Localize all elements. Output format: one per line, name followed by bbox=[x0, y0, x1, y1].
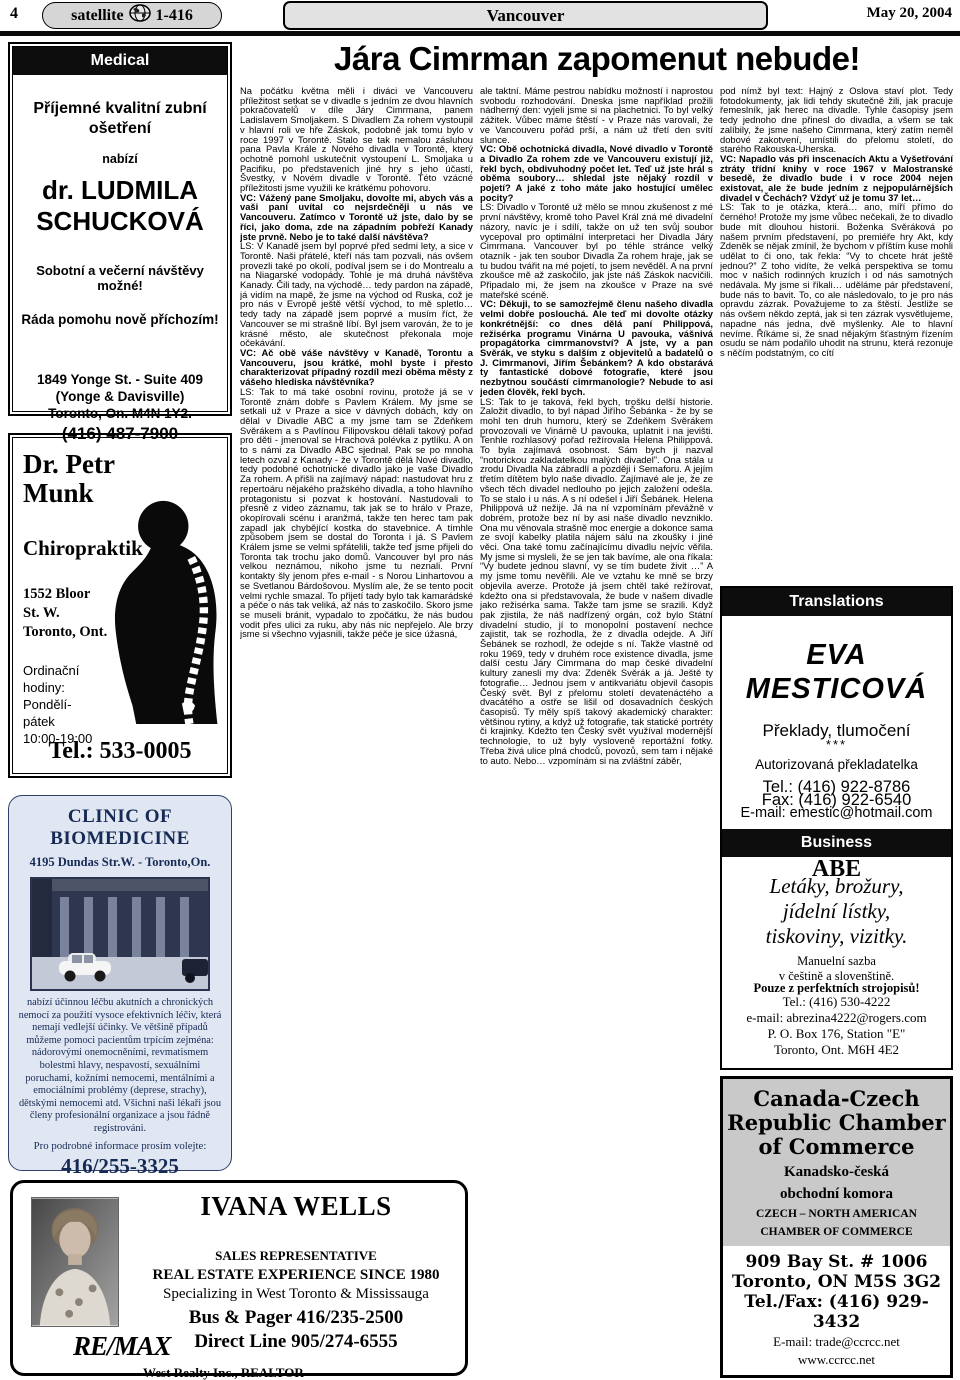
article-paragraph: Na počátku května měli i diváci ve Vanco… bbox=[240, 86, 473, 193]
article-question: VC: Obě ochotnická divadla, Nové divadlo… bbox=[480, 144, 713, 202]
page-header: 4 satellite 1-416 Vancouver May 20, 2004 bbox=[0, 0, 960, 30]
business-section-label: Business bbox=[722, 829, 951, 857]
abe-tagline-3: tiskoviny, vizitky. bbox=[726, 924, 947, 949]
ad-ivana-wells: RE/MAX IVANA WELLS SALES REPRESENTATIVE … bbox=[10, 1180, 468, 1376]
dental-offers: nabízí bbox=[21, 152, 219, 166]
ad-chamber-of-commerce: Canada-Czech Republic Chamber of Commerc… bbox=[720, 1076, 953, 1378]
clinic-phone: 416/255-3325 bbox=[17, 1154, 223, 1179]
dental-headline: Příjemné kvalitní zubní ošetření bbox=[21, 99, 219, 139]
medical-section-label: Medical bbox=[13, 47, 227, 75]
clinic-building-photo bbox=[30, 877, 210, 991]
dental-address-2: (Yonge & Davisville) bbox=[21, 388, 219, 405]
eva-authorized: Autorizovaná překladatelka bbox=[726, 760, 947, 770]
article-column-b: ale taktní. Máme pestrou nabídku možnost… bbox=[480, 86, 713, 1378]
abe-name: ABE bbox=[726, 865, 947, 875]
chamber-email: E-mail: trade@ccrcc.net bbox=[725, 1334, 948, 1350]
abe-city: Toronto, Ont. M6H 4E2 bbox=[726, 1042, 947, 1058]
chamber-english-1: CZECH – NORTH AMERICAN bbox=[725, 1207, 948, 1221]
chamber-address-2: Toronto, ON M5S 3G2 bbox=[725, 1272, 948, 1292]
article-column-c: pod nímž byl text: Hajný z Oslova staví … bbox=[720, 86, 953, 1378]
spine-silhouette-image bbox=[111, 496, 223, 733]
article-column-a: Na počátku května měli i diváci ve Vanco… bbox=[240, 86, 473, 1166]
article-question: VC: Vážený pane Smoljaku, dovolte mi, ab… bbox=[240, 193, 473, 242]
abe-line-3: Pouze z perfektních strojopisů! bbox=[726, 984, 947, 994]
chamber-name-2: Republic Chamber bbox=[725, 1111, 948, 1135]
section-banner: Vancouver bbox=[283, 1, 768, 30]
abe-line-1: Manuelní sazba bbox=[726, 954, 947, 969]
chamber-website: www.ccrcc.net bbox=[725, 1352, 948, 1368]
eva-name: EVA MESTICOVÁ bbox=[726, 638, 947, 706]
abe-tagline-2: jídelní lístky, bbox=[726, 899, 947, 924]
masthead: satellite 1-416 bbox=[42, 2, 222, 29]
chamber-english-2: CHAMBER OF COMMERCE bbox=[725, 1225, 948, 1239]
chamber-address-1: 909 Bay St. # 1006 bbox=[725, 1252, 948, 1272]
article-question: VC: Napadlo vás při inscenacích Aktu a V… bbox=[720, 154, 953, 203]
dental-doctor-name: dr. LUDMILA SCHUCKOVÁ bbox=[21, 175, 219, 237]
agent-phone-1: Bus & Pager 416/235-2500 bbox=[131, 1307, 461, 1329]
chamber-telfax: Tel./Fax: (416) 929-3432 bbox=[725, 1292, 948, 1332]
eva-service: Překlady, tlumočení bbox=[726, 726, 947, 736]
clinic-call-line: Pro podrobné informace prosím volejte: bbox=[17, 1140, 223, 1152]
masthead-title: satellite bbox=[71, 7, 123, 25]
agent-experience: REAL ESTATE EXPERIENCE SINCE 1980 bbox=[131, 1267, 461, 1284]
eva-stars: *** bbox=[726, 740, 947, 750]
clinic-address: 4195 Dundas Str.W. - Toronto,On. bbox=[17, 855, 223, 870]
ad-eva-mesticova: EVA MESTICOVÁ Překlady, tlumočení *** Au… bbox=[722, 616, 951, 828]
article-paragraph: LS: Tak to je taková, řekl bych, trošku … bbox=[480, 397, 713, 766]
ad-clinic-biomedicine: CLINIC OF BIOMEDICINE 4195 Dundas Str.W.… bbox=[8, 795, 232, 1171]
article-question: VC: Ač obě váše návštěvy v Kanadě, Toron… bbox=[240, 348, 473, 387]
article-title: Jára Cimrman zapomenut nebude! bbox=[240, 40, 954, 78]
article-paragraph: ale taktní. Máme pestrou nabídku možnost… bbox=[480, 86, 713, 144]
newspaper-page: 4 satellite 1-416 Vancouver May 20, 2004… bbox=[0, 0, 960, 1380]
clinic-title: CLINIC OF BIOMEDICINE bbox=[17, 806, 223, 850]
masthead-number: 1-416 bbox=[156, 7, 193, 25]
abe-phone: Tel.: (416) 530-4222 bbox=[726, 994, 947, 1010]
chamber-czech-2: obchodní komora bbox=[725, 1185, 948, 1203]
translations-section-label: Translations bbox=[722, 588, 951, 616]
agent-phone-2: Direct Line 905/274-6555 bbox=[131, 1331, 461, 1353]
left-ad-column: Medical Příjemné kvalitní zubní ošetření… bbox=[8, 42, 232, 1171]
agent-photo bbox=[31, 1197, 119, 1327]
agent-company: West Realty Inc., REALTOR bbox=[131, 1365, 461, 1380]
chiro-phone: Tel.: 533-0005 bbox=[13, 738, 227, 765]
article-paragraph: LS: Divadlo v Torontě už mělo se mnou zk… bbox=[480, 202, 713, 299]
article-paragraph: LS: Tak to má také osobní rovinu, protož… bbox=[240, 387, 473, 639]
clinic-body-text: nabízí účinnou léčbu akutních a chronick… bbox=[17, 997, 223, 1136]
article-paragraph: LS: V Kanadě jsem byl poprvé před sedmi … bbox=[240, 241, 473, 348]
agent-specialty: Specializing in West Toronto & Mississau… bbox=[131, 1286, 461, 1303]
ad-translations-business: Translations EVA MESTICOVÁ Překlady, tlu… bbox=[720, 586, 953, 1070]
chiro-name-1: Dr. Petr bbox=[23, 450, 217, 479]
abe-tagline-1: Letáky, brožury, bbox=[726, 874, 947, 899]
ad-abe: ABE Letáky, brožury, jídelní lístky, tis… bbox=[722, 857, 951, 1068]
header-rule bbox=[0, 31, 960, 36]
article-paragraph: pod nímž byl text: Hajný z Oslova staví … bbox=[720, 86, 953, 154]
agent-title: SALES REPRESENTATIVE bbox=[131, 1248, 461, 1264]
agent-name: IVANA WELLS bbox=[131, 1191, 461, 1222]
dental-note-2: Ráda pomohu nově příchozím! bbox=[21, 312, 219, 327]
dental-address-1: 1849 Yonge St. - Suite 409 bbox=[21, 371, 219, 388]
chamber-name-1: Canada-Czech bbox=[725, 1087, 948, 1111]
eva-email: E-mail: emestic@hotmail.com bbox=[726, 809, 947, 819]
article-paragraph: LS: Tak to je otázka, která… ano, míří p… bbox=[720, 202, 953, 357]
ad-dental: Medical Příjemné kvalitní zubní ošetření… bbox=[8, 42, 232, 416]
globe-icon bbox=[129, 4, 151, 27]
dental-note-1: Sobotní a večerní návštěvy možné! bbox=[21, 263, 219, 293]
dental-address-3: Toronto, On. M4N 1Y2. bbox=[21, 405, 219, 422]
chamber-czech-1: Kanadsko-česká bbox=[725, 1163, 948, 1181]
ad-chiropraktik: Dr. Petr Munk Chiropraktik 1552 Bloor St… bbox=[8, 433, 232, 778]
date: May 20, 2004 bbox=[867, 5, 952, 22]
abe-pobox: P. O. Box 176, Station "E" bbox=[726, 1026, 947, 1042]
chamber-name-3: of Commerce bbox=[725, 1135, 948, 1159]
page-number: 4 bbox=[10, 5, 18, 23]
article-question: VC: Děkuji, to se samozřejmě členu našeh… bbox=[480, 299, 713, 396]
abe-email: e-mail: abrezina4222@rogers.com bbox=[726, 1010, 947, 1026]
